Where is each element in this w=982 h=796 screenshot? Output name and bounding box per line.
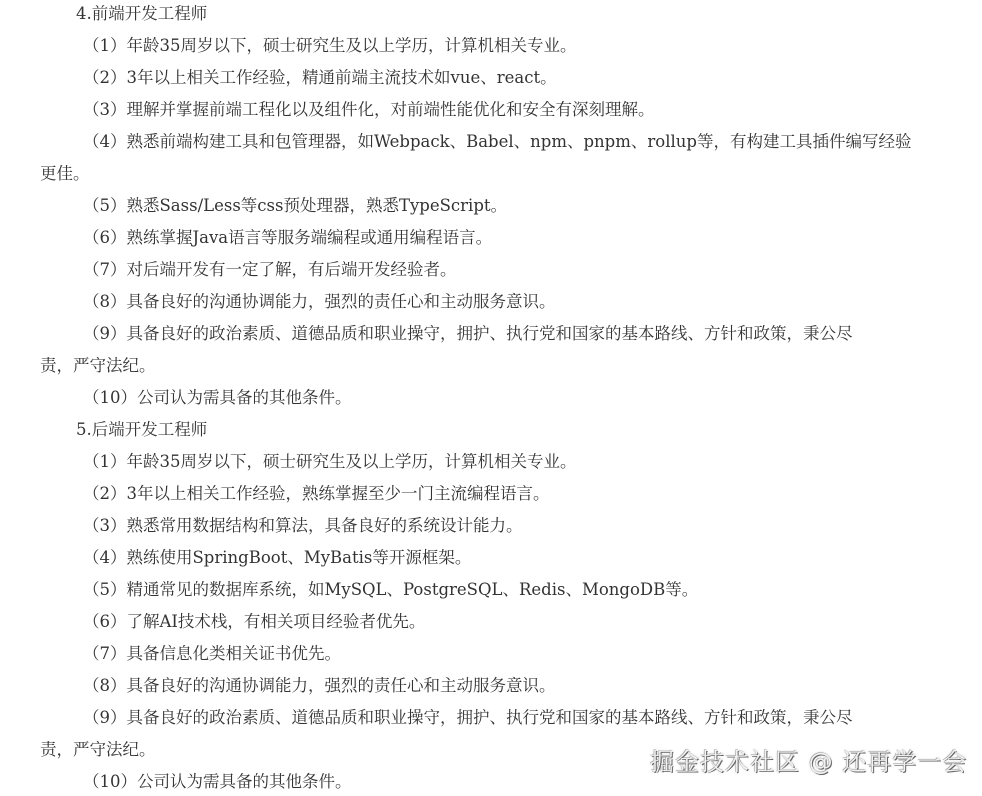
list-item: （8）具备良好的沟通协调能力，强烈的责任心和主动服务意识。 <box>83 286 556 318</box>
list-item: （3）理解并掌握前端工程化以及组件化，对前端性能优化和安全有深刻理解。 <box>83 94 655 126</box>
list-item: （6）熟练掌握Java语言等服务端编程或通用编程语言。 <box>83 222 492 254</box>
list-item: （6）了解AI技术栈，有相关项目经验者优先。 <box>83 606 425 638</box>
list-item: （4）熟悉前端构建工具和包管理器，如Webpack、Babel、npm、pnpm… <box>83 126 911 158</box>
watermark: 掘金技术社区 @ 还再学一会 <box>650 742 967 777</box>
list-item: （2）3年以上相关工作经验，熟练掌握至少一门主流编程语言。 <box>83 478 550 510</box>
section-heading: 4.前端开发工程师 <box>76 0 207 30</box>
list-item: （7）对后端开发有一定了解，有后端开发经验者。 <box>83 254 457 286</box>
list-item: （9）具备良好的政治素质、道德品质和职业操守，拥护、执行党和国家的基本路线、方针… <box>83 318 853 350</box>
list-item: （10）公司认为需具备的其他条件。 <box>83 766 352 796</box>
list-item: （7）具备信息化类相关证书优先。 <box>83 638 341 670</box>
list-item: （5）精通常见的数据库系统，如MySQL、PostgreSQL、Redis、Mo… <box>83 574 698 606</box>
list-item: （4）熟练使用SpringBoot、MyBatis等开源框架。 <box>83 542 471 574</box>
list-item: （2）3年以上相关工作经验，精通前端主流技术如vue、react。 <box>83 62 557 94</box>
section-heading: 5.后端开发工程师 <box>76 414 207 446</box>
list-item-continuation: 责，严守法纪。 <box>40 350 156 382</box>
list-item: （1）年龄35周岁以下，硕士研究生及以上学历，计算机相关专业。 <box>83 446 577 478</box>
list-item: （8）具备良好的沟通协调能力，强烈的责任心和主动服务意识。 <box>83 670 556 702</box>
list-item-continuation: 更佳。 <box>40 158 90 190</box>
list-item: （9）具备良好的政治素质、道德品质和职业操守，拥护、执行党和国家的基本路线、方针… <box>83 702 853 734</box>
list-item: （5）熟悉Sass/Less等css预处理器，熟悉TypeScript。 <box>83 190 507 222</box>
list-item: （10）公司认为需具备的其他条件。 <box>83 382 352 414</box>
list-item-continuation: 责，严守法纪。 <box>40 734 156 766</box>
list-item: （1）年龄35周岁以下，硕士研究生及以上学历，计算机相关专业。 <box>83 30 577 62</box>
list-item: （3）熟悉常用数据结构和算法，具备良好的系统设计能力。 <box>83 510 523 542</box>
